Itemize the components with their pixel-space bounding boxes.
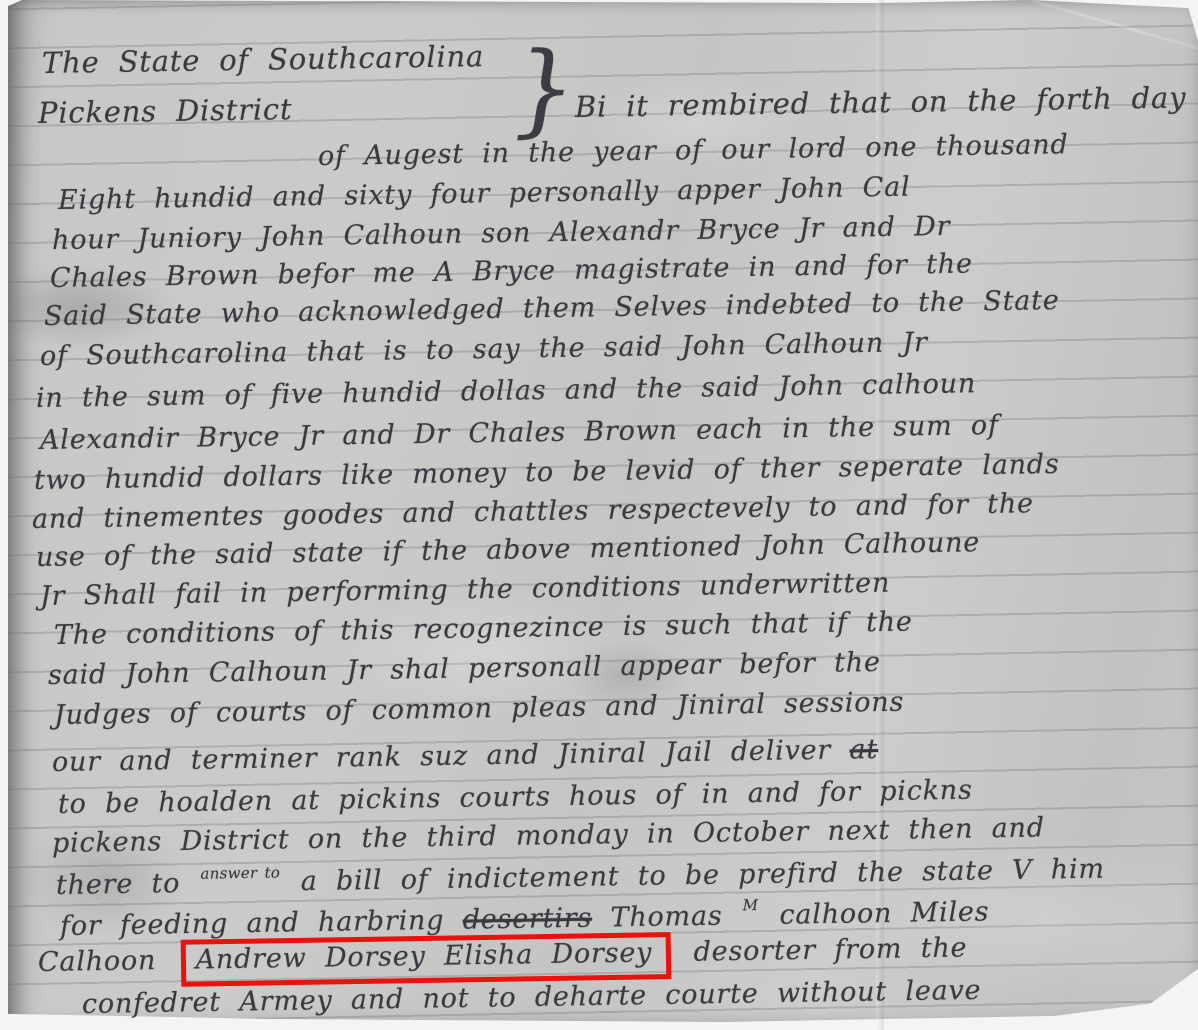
struck-word: at bbox=[849, 734, 878, 765]
line-text: Thomas bbox=[610, 901, 722, 934]
header-brace: } bbox=[510, 29, 578, 148]
line-text: calhoon Miles bbox=[779, 896, 989, 930]
header-district-line: Pickens District bbox=[38, 94, 293, 130]
line-text: there to bbox=[56, 868, 181, 901]
superscript-initial: M bbox=[743, 896, 759, 914]
line-text: Calhoon bbox=[38, 945, 157, 978]
highlight-box: Andrew Dorsey Elisha Dorsey bbox=[180, 932, 671, 986]
header-state-line: The State of Southcarolina bbox=[42, 41, 485, 80]
scanned-document: The State of Southcarolina Pickens Distr… bbox=[0, 0, 1198, 1030]
inserted-words: answer to bbox=[200, 863, 280, 882]
line-text: desorter from the bbox=[693, 932, 967, 967]
struck-word: desertirs bbox=[462, 903, 592, 936]
